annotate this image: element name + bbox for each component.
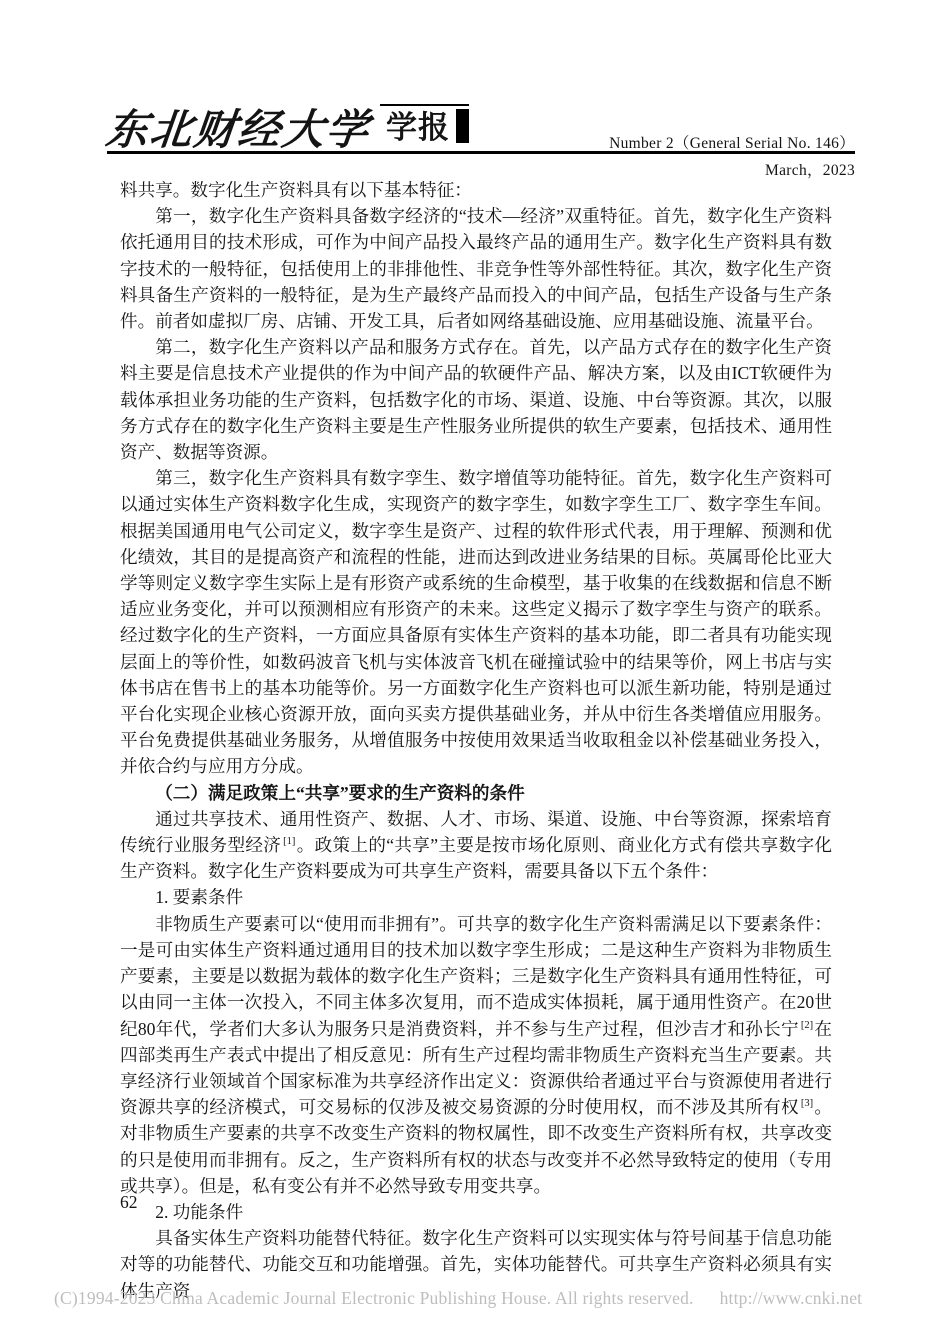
list-item-heading-factor: 1. 要素条件 <box>120 884 832 910</box>
cnki-footer: (C)1994-2023 China Academic Journal Elec… <box>54 1288 914 1309</box>
cnki-url: http://www.cnki.net <box>720 1288 863 1308</box>
logo-journal-text: 学报 <box>386 112 450 143</box>
citation-ref-1: [1] <box>283 836 295 847</box>
issue-number: Number 2（General Serial No. 146） <box>609 131 855 153</box>
logo-block-icon <box>456 109 469 143</box>
header-rule <box>107 151 855 154</box>
logo-calligraphy: 东北财经大学 <box>104 109 372 151</box>
page-number: 62 <box>120 1192 138 1213</box>
logo-journal-title: 学报 <box>380 104 469 143</box>
article-body: 料共享。数字化生产资料具有以下基本特征： 第一，数字化生产资料具备数字经济的“技… <box>120 177 832 1304</box>
paragraph-first-feature: 第一，数字化生产资料具备数字经济的“技术—经济”双重特征。首先，数字化生产资料依… <box>120 203 832 334</box>
paragraph-sharing-policy: 通过共享技术、通用性资产、数据、人才、市场、渠道、设施、中台等资源，探索培育传统… <box>120 806 832 885</box>
section-heading: （二）满足政策上“共享”要求的生产资料的条件 <box>120 780 832 806</box>
paragraph-third-feature: 第三，数字化生产资料具有数字孪生、数字增值等功能特征。首先，数字化生产资料可以通… <box>120 465 832 779</box>
paragraph-factor-condition: 非物质生产要素可以“使用而非拥有”。可共享的数字化生产资料需满足以下要素条件：一… <box>120 911 832 1199</box>
list-item-heading-function: 2. 功能条件 <box>120 1199 832 1225</box>
journal-header: 东北财经大学学报 Number 2（General Serial No. 146… <box>0 0 950 185</box>
journal-logo: 东北财经大学学报 <box>106 104 469 151</box>
citation-ref-3: [3] <box>801 1098 813 1109</box>
copyright-text: (C)1994-2023 China Academic Journal Elec… <box>54 1288 694 1308</box>
paragraph-text: 非物质生产要素可以“使用而非拥有”。可共享的数字化生产资料需满足以下要素条件：一… <box>120 914 832 1039</box>
citation-ref-2: [2] <box>801 1020 813 1031</box>
paragraph-continuation: 料共享。数字化生产资料具有以下基本特征： <box>120 177 832 203</box>
paragraph-second-feature: 第二，数字化生产资料以产品和服务方式存在。首先，以产品方式存在的数字化生产资料主… <box>120 334 832 465</box>
